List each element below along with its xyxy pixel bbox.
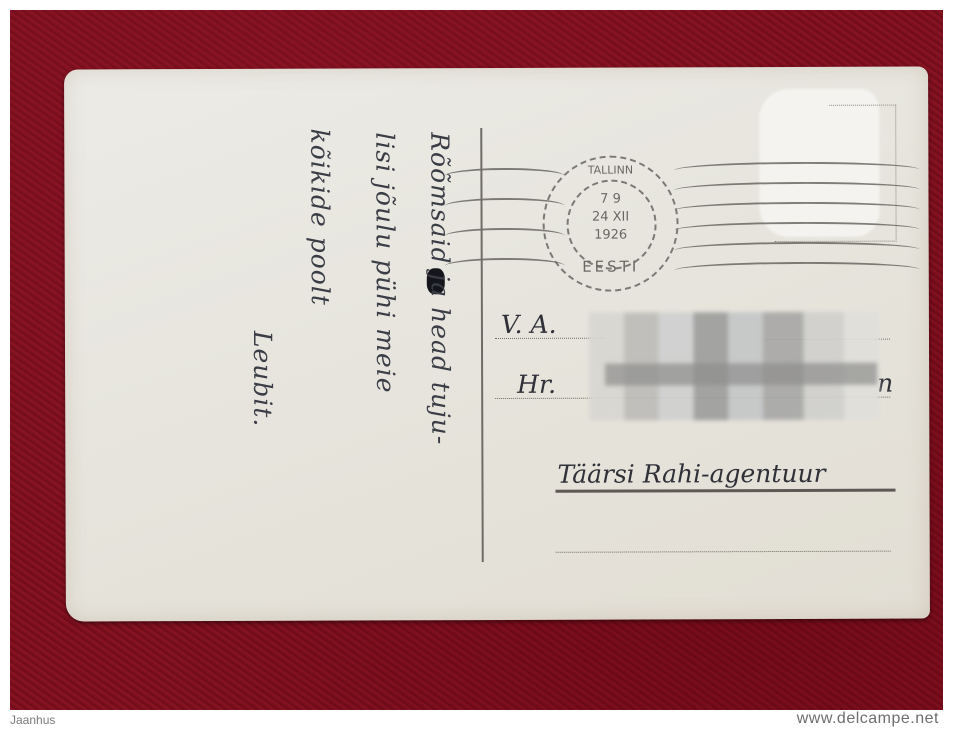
redacted-name-band [605,363,877,386]
postmark-time: 7 9 [544,191,676,206]
seller-watermark: Jaanhus [10,713,55,727]
address-line-2-suffix: n [877,369,893,398]
address-line-1: V. A. [501,310,557,339]
address-line-3: Täärsi Rahi-agentuur [557,459,825,489]
address-rule [556,551,891,553]
message-line: kõikide poolt [305,129,335,306]
center-divider-line [480,128,484,562]
address-line-2-prefix: Hr. [517,370,556,399]
red-fabric-background: TALLINN 7 9 24 XII 1926 EESTI Rõõmsaid j… [10,10,943,710]
postmark-year: 1926 [545,227,677,242]
postcard: TALLINN 7 9 24 XII 1926 EESTI Rõõmsaid j… [64,66,930,621]
cancel-wave [675,262,920,279]
postmark: TALLINN 7 9 24 XII 1926 EESTI [542,155,678,291]
signature: Leubit. [248,331,277,428]
postmark-date: 24 XII [545,209,677,224]
message-line: Rõõmsaid ja head tuju- [425,132,455,445]
cancel-wave [675,242,920,259]
message-line: lisi jõulu pühi meie [370,132,400,393]
postmark-country: EESTI [545,257,677,275]
postmark-city: TALLINN [544,163,676,176]
site-watermark: www.delcampe.net [797,710,939,728]
address-underline [556,489,896,493]
